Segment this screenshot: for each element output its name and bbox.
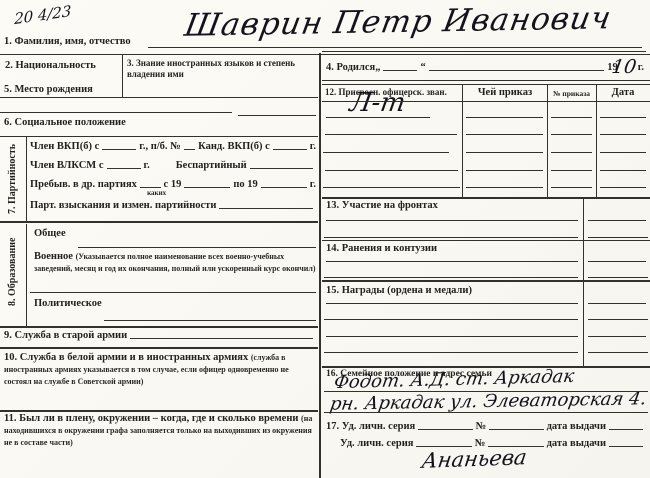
ruled-line	[600, 152, 646, 153]
party-penalties-label: Парт. взыскания и измен. партийности	[30, 200, 216, 211]
wounds-label: 14. Ранения и контузии	[326, 243, 437, 254]
ruled-line	[588, 336, 646, 337]
quote-open: „	[375, 62, 380, 73]
ruled-line	[588, 303, 646, 304]
vkpb-candidate-label: Канд. ВКП(б) с	[198, 141, 270, 152]
party-line-other-parties: Пребыв. в др. партиях каких с 19 по 19 г…	[30, 179, 316, 190]
registration-card: 20 4/23 1. Фамилия, имя, отчество Шаврин…	[0, 0, 650, 478]
ruled-line	[551, 152, 592, 153]
blank-line	[383, 70, 417, 71]
ruled-line	[324, 277, 578, 278]
clerk-signature-handwritten: Ананьева	[420, 445, 528, 473]
ruled-line	[588, 220, 646, 221]
id-card-row-1: 17. Уд. личн. серия № дата выдачи	[326, 421, 646, 432]
ruled-line	[326, 220, 578, 221]
ruled-line	[466, 117, 543, 118]
ruled-line	[600, 117, 646, 118]
ruled-line	[0, 221, 318, 223]
year-suffix: г.	[310, 179, 316, 190]
ruled-line	[583, 197, 584, 366]
rank-value-handwritten: Л-т	[348, 88, 408, 118]
vlksm-member-label: Член ВЛКСМ с	[30, 160, 104, 171]
date-column-header: Дата	[598, 87, 648, 98]
ruled-line	[551, 187, 592, 188]
ruled-line	[322, 280, 650, 282]
old-army-service-label: 9. Служба в старой армии	[4, 330, 127, 341]
surname-field-value: Шаврин Петр Иванович	[182, 0, 615, 44]
blank-line	[261, 187, 307, 188]
ruled-line	[0, 112, 232, 113]
education-military-block: Военное (Указывается полное наименование…	[34, 251, 316, 275]
blank-line	[273, 149, 307, 150]
ruled-line	[322, 240, 650, 242]
id-issue-date-label: дата выдачи	[547, 438, 606, 449]
id-series-label-1: 17. Уд. личн. серия	[326, 421, 415, 432]
captivity-block: 11. Был ли в плену, окружении – когда, г…	[4, 413, 317, 449]
education-military-note: (Указывается полное наименование всех во…	[34, 252, 316, 273]
id-number-label: №	[476, 421, 487, 432]
blank-line	[130, 338, 313, 339]
ruled-line	[78, 247, 316, 248]
awards-label: 15. Награды (ордена и медали)	[326, 285, 472, 296]
ruled-line	[325, 134, 457, 135]
party-line-penalties: Парт. взыскания и измен. партийности	[30, 200, 316, 211]
ruled-line	[0, 136, 318, 137]
ruled-line	[551, 170, 592, 171]
ruled-line	[323, 152, 449, 153]
id-series-label-2: Уд. личн. серия	[340, 438, 413, 449]
nationality-label: 2. Национальность	[5, 60, 96, 71]
ruled-line	[600, 170, 646, 171]
blank-line	[609, 429, 643, 430]
ruled-line	[0, 97, 318, 98]
blank-line	[219, 208, 313, 209]
birthplace-label: 5. Место рождения	[4, 84, 93, 95]
ruled-line	[30, 292, 316, 293]
year-suffix-g: г.	[638, 62, 644, 73]
ruled-line	[324, 319, 578, 320]
ruled-line	[322, 84, 650, 86]
blank-line	[489, 429, 543, 430]
old-army-service-row: 9. Служба в старой армии	[4, 330, 316, 341]
ruled-line	[323, 187, 460, 188]
blank-line-which: каких	[140, 187, 161, 188]
birth-date-row: 4. Родился „ “ 19 г.	[326, 62, 644, 73]
ruled-line	[551, 117, 592, 118]
ruled-line	[0, 326, 318, 328]
ruled-line	[325, 170, 458, 171]
vkpb-member-label: Член ВКП(б) с	[30, 141, 99, 152]
non-party-label: Беспартийный	[176, 160, 247, 171]
order-by-column-header: Чей приказ	[464, 87, 546, 98]
ruled-line	[322, 80, 650, 81]
party-section-side-label: 7. Партийность	[7, 146, 19, 214]
ruled-line	[0, 347, 318, 349]
quote-close: “	[420, 62, 425, 73]
education-military-label: Военное	[34, 251, 73, 262]
other-parties-label: Пребыв. в др. партиях	[30, 179, 137, 190]
ruled-line	[319, 53, 321, 478]
captivity-label: 11. Был ли в плену, окружении – когда, г…	[4, 413, 298, 424]
education-section-side-label: 8. Образование	[7, 242, 19, 306]
order-number-column-header: № приказа	[548, 89, 595, 98]
ruled-line	[324, 412, 648, 413]
ruled-line	[588, 277, 648, 278]
ruled-line	[600, 134, 646, 135]
birth-year-handwritten: 10	[610, 56, 638, 78]
ruled-line	[588, 319, 648, 320]
ruled-line	[326, 336, 578, 337]
ruled-line	[322, 51, 646, 52]
ruled-line	[238, 115, 316, 116]
ruled-line	[588, 352, 648, 353]
ruled-line	[104, 320, 316, 321]
ruled-line	[466, 134, 543, 135]
party-book-label: г., п/б. №	[139, 141, 180, 152]
ruled-line	[324, 352, 578, 353]
blank-line	[609, 446, 643, 447]
ruled-line	[148, 47, 642, 48]
to-year-label: по 19	[233, 179, 257, 190]
blank-line	[107, 168, 141, 169]
ruled-line	[324, 391, 648, 392]
ruled-line	[122, 55, 123, 97]
ruled-line	[326, 117, 430, 118]
year-suffix: г.	[144, 160, 150, 171]
ruled-line	[0, 410, 318, 412]
which-hint: каких	[147, 189, 166, 197]
party-line-vkpb: Член ВКП(б) с г., п/б. № Канд. ВКП(б) с …	[30, 141, 316, 152]
ruled-line	[600, 187, 646, 188]
social-position-label: 6. Социальное положение	[4, 117, 126, 128]
ruled-line	[588, 237, 648, 238]
ruled-line	[322, 101, 650, 102]
ruled-line	[588, 261, 646, 262]
blank-line	[184, 149, 195, 150]
ruled-line	[322, 197, 650, 199]
education-general-label: Общее	[34, 228, 66, 239]
ruled-line	[0, 54, 650, 56]
blank-line	[184, 187, 230, 188]
born-label: 4. Родился	[326, 62, 375, 73]
ruled-line	[466, 170, 543, 171]
family-address-line2-handwritten: рн. Аркадак ул. Элеваторская 4.	[328, 388, 648, 415]
ruled-line	[551, 134, 592, 135]
blank-line	[250, 168, 313, 169]
ruled-line	[26, 137, 27, 223]
surname-field-label: 1. Фамилия, имя, отчество	[4, 36, 131, 47]
blank-line	[429, 70, 605, 71]
ruled-line	[326, 303, 578, 304]
id-issue-date-label: дата выдачи	[547, 421, 606, 432]
white-army-service-block: 10. Служба в белой армии и в иностранных…	[4, 352, 317, 388]
ruled-line	[466, 152, 543, 153]
languages-label: 3. Знание иностранных языков и степень в…	[127, 58, 317, 80]
from-year-label: с 19	[164, 179, 182, 190]
ruled-line	[466, 187, 543, 188]
blank-line	[102, 149, 136, 150]
education-political-label: Политическое	[34, 298, 102, 309]
ruled-line	[322, 366, 650, 368]
year-suffix: г.	[310, 141, 316, 152]
party-line-vlksm: Член ВЛКСМ с г. Беспартийный	[30, 160, 316, 171]
ruled-line	[326, 261, 578, 262]
reg-number-handwritten: 20 4/23	[14, 2, 71, 28]
ruled-line	[324, 237, 578, 238]
fronts-participation-label: 13. Участие на фронтах	[326, 200, 438, 211]
blank-line	[418, 429, 472, 430]
white-army-service-label: 10. Служба в белой армии и в иностранных…	[4, 352, 248, 363]
ruled-line	[26, 224, 27, 326]
